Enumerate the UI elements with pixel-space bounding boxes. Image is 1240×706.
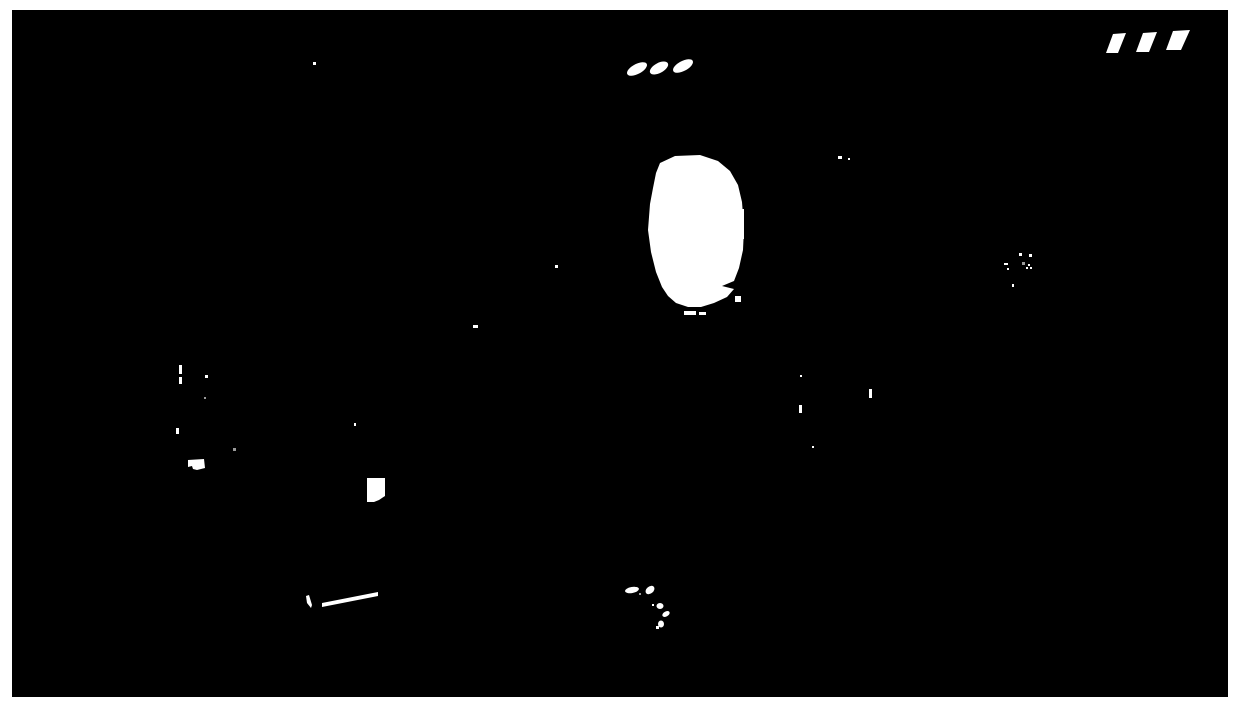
wall-speck-6 — [800, 375, 802, 377]
left-speck-3 — [233, 448, 236, 451]
noise-cluster-dot-4 — [1022, 262, 1025, 265]
desk-highlight-blob — [188, 459, 205, 470]
paper-rectangle — [367, 478, 385, 502]
wall-speck-2 — [473, 325, 478, 328]
face-edge-sliver — [739, 209, 744, 239]
binarized-photo-figure — [0, 0, 1240, 706]
hand-speck-3 — [652, 604, 654, 606]
chin-dash-right — [699, 312, 706, 315]
wall-speck-7 — [812, 446, 814, 448]
ceiling-light-near-3 — [1166, 30, 1190, 50]
wall-speck-8 — [354, 423, 356, 426]
face-blob — [648, 155, 744, 307]
ceiling-light-near-2 — [1136, 32, 1157, 52]
ceiling-light-far-2 — [648, 59, 670, 77]
hand-blob-3 — [657, 603, 664, 609]
left-edge-tick-2 — [179, 377, 182, 384]
noise-cluster-dot-9 — [1012, 284, 1014, 287]
noise-cluster-dot-3 — [1004, 263, 1008, 265]
left-edge-tick-1 — [179, 365, 182, 374]
ceiling-light-near-1 — [1106, 33, 1126, 53]
hand-speck-1 — [656, 626, 659, 629]
right-edge-tick-1 — [869, 389, 872, 398]
chin-dash-left — [684, 311, 696, 315]
photo-canvas — [12, 10, 1228, 697]
noise-cluster-dot-7 — [1030, 267, 1032, 269]
hand-blob-2 — [644, 584, 656, 596]
noise-cluster-dot-2 — [1029, 254, 1032, 257]
wall-speck-4 — [838, 156, 842, 159]
hand-blob-1 — [625, 586, 640, 594]
noise-cluster-dot-8 — [1007, 268, 1009, 270]
ceiling-light-far-3 — [671, 56, 695, 75]
hand-blob-4 — [661, 610, 670, 618]
wall-speck-1 — [313, 62, 316, 65]
hand-speck-2 — [639, 593, 641, 595]
diagonal-streak — [322, 592, 378, 607]
left-speck-1 — [205, 375, 208, 378]
noise-cluster-dot-5 — [1028, 264, 1030, 266]
noise-cluster-dot-6 — [1026, 267, 1028, 269]
ceiling-light-far-1 — [625, 59, 649, 78]
wall-speck-5 — [848, 158, 850, 160]
left-edge-tick-3 — [176, 428, 179, 434]
noise-cluster-dot-1 — [1019, 253, 1022, 256]
left-speck-2 — [204, 397, 206, 399]
right-edge-tick-2 — [799, 405, 802, 413]
wall-speck-3 — [555, 265, 558, 268]
streak-hook — [306, 595, 312, 608]
chin-speck — [735, 296, 741, 302]
